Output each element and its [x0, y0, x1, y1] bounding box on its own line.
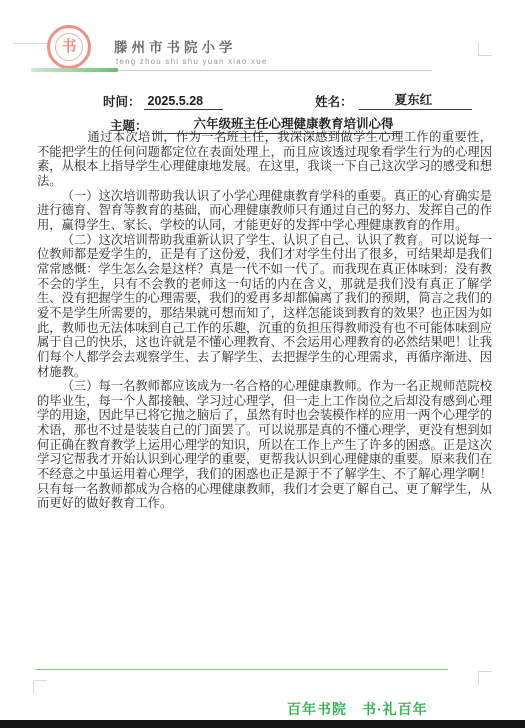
- document-meta: 时间： 2025.5.28 姓名： 夏东红 主题： 六年级班主任心理健康教育培训…: [0, 88, 525, 134]
- seal-inner-ring: 书: [55, 33, 83, 61]
- name-value: 夏东红: [359, 90, 473, 110]
- footer-slogan: 百年书院 书·礼百年: [287, 699, 428, 719]
- name-label: 姓名：: [315, 92, 353, 110]
- paragraph-point-3: （三）每一名教师都应该成为一名合格的心理健康教师。作为一名正规师范院校的毕业生，…: [37, 379, 492, 511]
- scan-bottom-edge: [0, 720, 525, 728]
- header-green-bar: [31, 68, 118, 72]
- time-label: 时间：: [103, 92, 141, 110]
- document-page: 书 滕州市书院小学 teng zhou shi shu yuan xiao xu…: [0, 0, 525, 728]
- school-seal-icon: 书: [47, 25, 91, 69]
- footer-green-rule: [35, 669, 448, 670]
- paragraph-intro: 通过本次培训，作为一名班主任，我深深感到做学生心理工作的重要性，不能把学生的任何…: [37, 130, 492, 189]
- school-pinyin: teng zhou shi shu yuan xiao xue: [116, 57, 268, 66]
- paragraph-point-1: （一）这次培训帮助我认识了小学心理健康教育学科的重要。真正的心育确实是进行德育、…: [37, 189, 492, 233]
- time-value: 2025.5.28: [144, 94, 224, 110]
- essay-body: 通过本次培训，作为一名班主任，我深深感到做学生心理工作的重要性，不能把学生的任何…: [37, 130, 492, 511]
- pinyin-underline-rule: [118, 70, 432, 71]
- header-left-rule: [14, 43, 50, 44]
- meta-row-time-name: 时间： 2025.5.28 姓名： 夏东红: [0, 88, 525, 110]
- school-name: 滕州市书院小学: [114, 36, 237, 56]
- school-letterhead: 书 滕州市书院小学 teng zhou shi shu yuan xiao xu…: [0, 0, 525, 80]
- paragraph-point-2: （二）这次培训帮助我重新认识了学生、认识了自己、认识了教育。可以说每一位教师都是…: [37, 233, 492, 380]
- seal-glyph: 书: [61, 40, 76, 55]
